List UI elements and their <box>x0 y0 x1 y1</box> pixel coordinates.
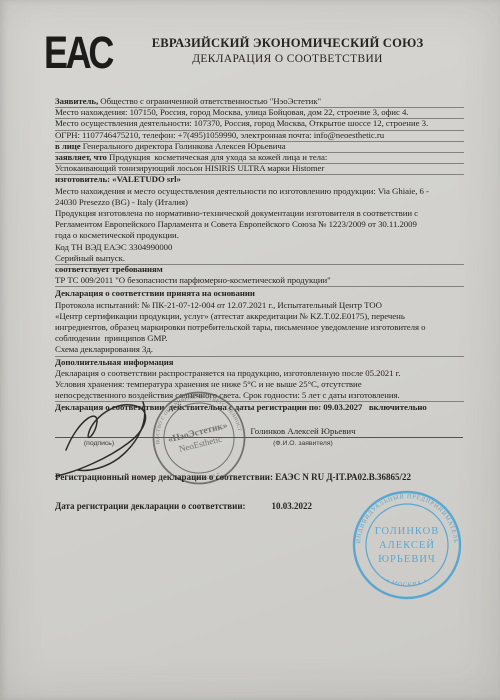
document-line: Заявитель, Общество с ограниченной ответ… <box>55 96 464 107</box>
title-union: ЕВРАЗИЙСКИЙ ЭКОНОМИЧЕСКИЙ СОЮЗ <box>100 36 475 51</box>
document-line: Схема декларирования 3д. <box>55 344 464 355</box>
text-run: Протокола испытаний: № ПК-21-07-12-004 о… <box>55 300 382 310</box>
document-line: соблюдении принципов GMP. <box>55 333 464 344</box>
document-line: Регламентом Европейского Парламента и Со… <box>55 219 464 230</box>
text-run: ТР ТС 009/2011 "О безопасности парфюмерн… <box>55 275 331 285</box>
title-declaration: ДЕКЛАРАЦИЯ О СООТВЕТСТВИИ <box>100 53 475 65</box>
registration-date-row: Дата регистрации декларации о соответств… <box>55 501 312 511</box>
document-line: «Центр сертификации продукции, услуг» (а… <box>55 311 464 322</box>
svg-text:• МОСКВА •: • МОСКВА • <box>385 578 428 589</box>
text-run: ОГРН: 1107746475210, телефон: +7(495)105… <box>55 130 384 140</box>
text-run: в лице <box>55 141 81 151</box>
document-lines: Заявитель, Общество с ограниченной ответ… <box>55 96 464 414</box>
document-title: ЕВРАЗИЙСКИЙ ЭКОНОМИЧЕСКИЙ СОЮЗ ДЕКЛАРАЦИ… <box>100 36 475 65</box>
declaration-document: ЕАС ЕВРАЗИЙСКИЙ ЭКОНОМИЧЕСКИЙ СОЮЗ ДЕКЛА… <box>0 0 500 700</box>
entrepreneur-stamp: ИНДИВИДУАЛЬНЫЙ ПРЕДПРИНИМАТЕЛЬ • МОСКВА … <box>351 489 463 601</box>
registration-date-label: Дата регистрации декларации о соответств… <box>55 501 246 511</box>
document-line: Код ТН ВЭД ЕАЭС 3304990000 <box>55 242 464 253</box>
text-run: соответствует требованиям <box>55 264 163 274</box>
document-line: Декларация о соответствии принята на осн… <box>55 288 464 299</box>
document-line: Продукция изготовлена по нормативно-техн… <box>55 208 464 219</box>
document-line: заявляет, что Продукция косметическая дл… <box>55 152 464 163</box>
entrepreneur-stamp-ring-bottom: • МОСКВА • <box>385 578 428 589</box>
text-run: Общество с ограниченной ответственностью… <box>98 96 321 106</box>
text-run: Место нахождения и место осуществления д… <box>55 186 429 196</box>
document-line: ТР ТС 009/2011 "О безопасности парфюмерн… <box>55 275 464 286</box>
document-line: Декларация о соответствии распространяет… <box>55 368 464 379</box>
text-run: изготовитель: «VALETUDO srl» <box>55 174 181 184</box>
document-line: Успокаивающий тонизирующий лосьон HISIRI… <box>55 163 464 174</box>
document-line: ОГРН: 1107746475210, телефон: +7(495)105… <box>55 130 464 141</box>
text-run: заявляет, что <box>55 152 107 162</box>
document-line: Место нахождения и место осуществления д… <box>55 186 464 197</box>
text-run: Место осуществления деятельности: 107370… <box>55 118 428 128</box>
document-line: изготовитель: «VALETUDO srl» <box>55 174 464 185</box>
document-line: года о косметической продукции. <box>55 230 464 241</box>
text-run: ингредиентов, образец маркировки потреби… <box>55 322 425 332</box>
applicant-name: Голинков Алексей Юрьевич <box>228 426 378 436</box>
text-run: Декларация о соответствии принята на осн… <box>55 288 255 298</box>
text-run: Место нахождения: 107150, Россия, город … <box>55 107 408 117</box>
registration-date-value: 10.03.2022 <box>272 501 313 511</box>
document-line: Условия хранения: температура хранения н… <box>55 379 464 390</box>
text-run: 24030 Presezzo (BG) - Italy (Италия) <box>55 197 188 207</box>
entrepreneur-stamp-surname: ГОЛИНКОВ <box>375 526 439 537</box>
registration-number-row: Регистрационный номер декларации о соотв… <box>55 472 411 482</box>
document-line: ингредиентов, образец маркировки потреби… <box>55 322 464 333</box>
document-line: Место нахождения: 107150, Россия, город … <box>55 107 464 118</box>
text-run: Продукция изготовлена по нормативно-техн… <box>55 208 418 218</box>
text-run: «Центр сертификации продукции, услуг» (а… <box>55 311 405 321</box>
text-run: Серийный выпуск. <box>55 253 125 263</box>
text-run: Дополнительная информация <box>55 357 173 367</box>
entrepreneur-stamp-firstname: АЛЕКСЕЙ <box>379 539 435 551</box>
text-run: Код ТН ВЭД ЕАЭС 3304990000 <box>55 242 172 252</box>
document-line: в лице Генерального директора Голинкова … <box>55 141 464 152</box>
registration-number-label: Регистрационный номер декларации о соотв… <box>55 472 273 482</box>
fio-label: (Ф.И.О. заявителя) <box>228 440 378 447</box>
document-line: Протокола испытаний: № ПК-21-07-12-004 о… <box>55 300 464 311</box>
entrepreneur-stamp-patronymic: ЮРЬЕВИЧ <box>378 554 436 565</box>
text-run: Декларация о соответствии распространяет… <box>55 368 400 378</box>
text-run: Схема декларирования 3д. <box>55 344 153 354</box>
text-run: соблюдении принципов GMP. <box>55 333 167 343</box>
registration-number-value: ЕАЭС N RU Д-IT.РА02.В.36865/22 <box>275 472 411 482</box>
text-run: Генерального директора Голинкова Алексея… <box>81 141 286 151</box>
document-line: Серийный выпуск. <box>55 253 464 264</box>
text-run: Заявитель, <box>55 96 98 106</box>
document-line: 24030 Presezzo (BG) - Italy (Италия) <box>55 197 464 208</box>
document-line: Дополнительная информация <box>55 357 464 368</box>
text-run: Регламентом Европейского Парламента и Со… <box>55 219 417 229</box>
text-run: Успокаивающий тонизирующий лосьон HISIRI… <box>55 163 324 173</box>
document-line: Место осуществления деятельности: 107370… <box>55 118 464 129</box>
text-run: года о косметической продукции. <box>55 230 179 240</box>
text-run: Продукция косметическая для ухода за кож… <box>107 152 327 162</box>
document-line: соответствует требованиям <box>55 264 464 275</box>
podpis-label: (подпись) <box>62 440 136 447</box>
